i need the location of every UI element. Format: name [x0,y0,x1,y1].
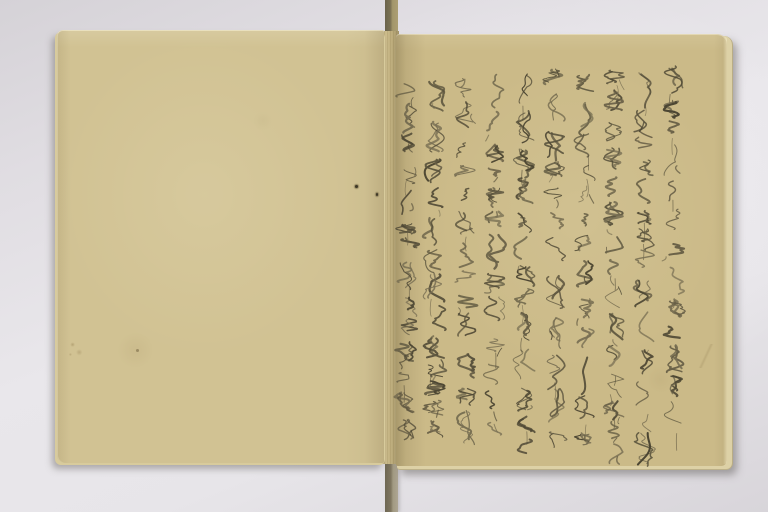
right-page-calligraphy [396,34,727,466]
fore-edge-highlight [723,36,727,464]
photo-background [0,0,768,512]
wormhole-dot [376,193,378,196]
wormhole-dot [355,185,358,188]
foxing-stain [66,338,88,360]
spine-cord-bottom [385,461,398,512]
left-page-blank [57,30,384,463]
paper-speck [136,349,139,352]
margin-scratch-mark [698,344,714,368]
